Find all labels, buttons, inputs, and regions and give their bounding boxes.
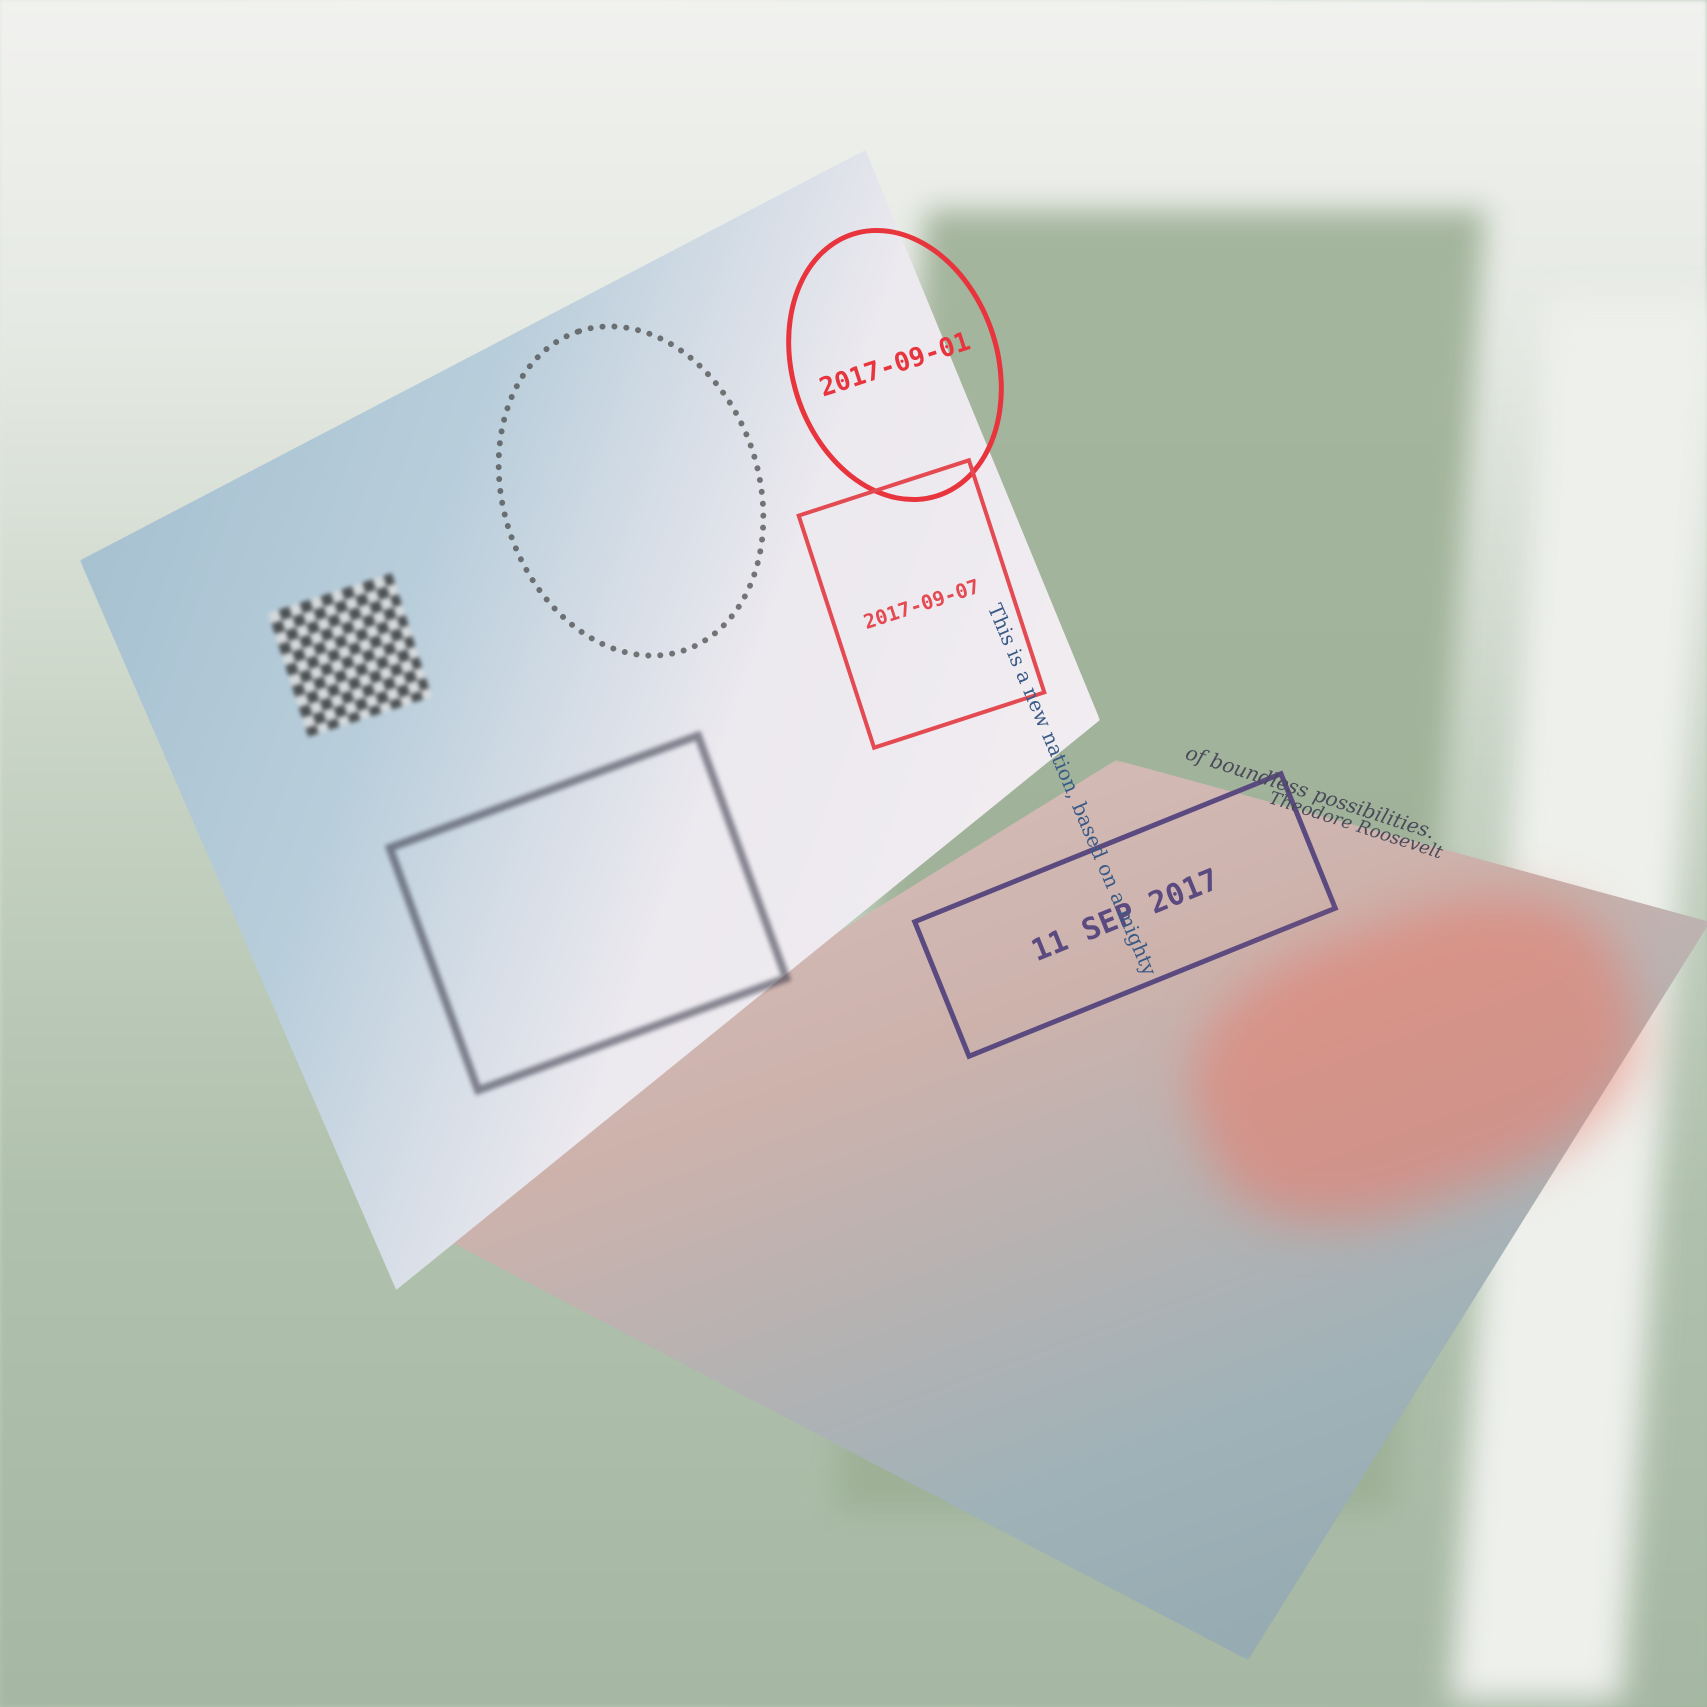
china-rect-date: 2017-09-07 <box>861 574 983 634</box>
china-oval-date: 2017-09-01 <box>816 327 974 404</box>
passport-photo: 2017-09-01 2017-09-07 11 SEP 2017 This i… <box>0 0 1707 1707</box>
